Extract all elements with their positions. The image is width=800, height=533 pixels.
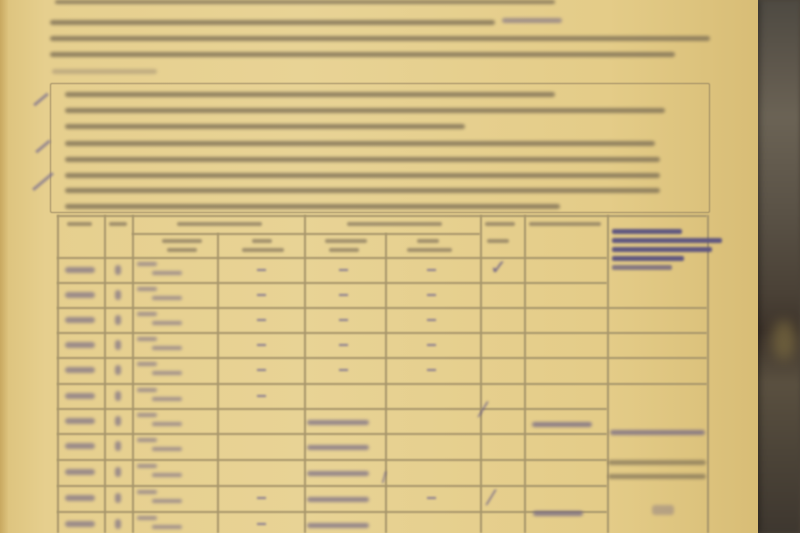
checkmark-icon — [35, 140, 51, 154]
number-cell — [115, 493, 121, 503]
subcolumn-header — [487, 239, 509, 243]
number-cell — [115, 416, 121, 426]
text-line — [50, 20, 495, 25]
subcolumn-header — [329, 248, 359, 252]
number-cell — [115, 441, 121, 451]
handwritten-note — [610, 430, 705, 435]
column-header — [529, 222, 601, 226]
dash-mark — [339, 294, 348, 296]
entry-cell — [137, 490, 157, 494]
stamp-cell — [307, 523, 369, 528]
instructions-box — [50, 83, 710, 213]
number-cell — [115, 365, 121, 375]
entry-cell — [137, 388, 157, 392]
subcolumn-header — [167, 248, 197, 252]
column-header — [485, 222, 515, 226]
subcolumn-header — [242, 248, 284, 252]
entry-cell — [152, 499, 182, 503]
dash-mark — [427, 497, 436, 499]
number-cell — [115, 467, 121, 477]
date-cell — [65, 342, 95, 348]
text-line — [50, 36, 710, 41]
date-cell — [65, 469, 95, 475]
handwritten-note — [533, 511, 583, 516]
dash-mark — [427, 294, 436, 296]
text-line — [65, 124, 465, 129]
date-cell — [65, 443, 95, 449]
stamp-cell — [307, 445, 369, 450]
date-cell — [65, 393, 95, 399]
subcolumn-header — [162, 239, 202, 243]
paper-form: ✓ ⁄ ⁄ / — [0, 0, 758, 533]
entry-cell — [152, 346, 182, 350]
number-cell — [115, 290, 121, 300]
stamp-cell — [307, 471, 369, 476]
text-line — [65, 188, 660, 193]
checkmark-icon — [33, 93, 49, 107]
entry-cell — [152, 422, 182, 426]
subcolumn-header — [252, 239, 272, 243]
handwritten-note — [532, 422, 592, 427]
number-cell — [115, 340, 121, 350]
date-cell — [65, 495, 95, 501]
checkmark-icon: ✓ — [490, 255, 507, 280]
dash-mark — [257, 523, 266, 525]
entry-cell — [137, 312, 157, 316]
entry-cell — [137, 362, 157, 366]
date-cell — [65, 418, 95, 424]
subcolumn-header — [325, 239, 367, 243]
entry-cell — [152, 525, 182, 529]
dash-mark — [257, 319, 266, 321]
dash-mark — [427, 344, 436, 346]
dash-mark — [257, 369, 266, 371]
dash-mark — [427, 269, 436, 271]
stamp-text — [608, 474, 706, 479]
dash-mark — [339, 269, 348, 271]
dash-mark — [339, 319, 348, 321]
entry-cell — [137, 413, 157, 417]
entry-cell — [137, 516, 157, 520]
date-cell — [65, 367, 95, 373]
entry-cell — [152, 473, 182, 477]
number-cell — [115, 519, 121, 529]
text-line — [65, 173, 660, 178]
stamp-cell — [307, 497, 369, 502]
text-line — [52, 69, 157, 74]
dash-mark — [257, 395, 266, 397]
dash-mark — [257, 269, 266, 271]
text-line — [65, 204, 560, 209]
subcolumn-header — [407, 248, 452, 252]
text-line — [65, 92, 555, 97]
stamp-text — [608, 460, 706, 465]
text-line — [50, 52, 675, 57]
dash-mark — [427, 369, 436, 371]
entry-cell — [137, 287, 157, 291]
entry-cell — [152, 371, 182, 375]
stamp-cell — [307, 420, 369, 425]
column-header — [67, 222, 92, 226]
text-line — [55, 0, 555, 4]
number-cell — [115, 265, 121, 275]
column-header — [109, 222, 127, 226]
side-note-block — [612, 226, 722, 274]
checkmark-icon: / — [382, 470, 386, 488]
dash-mark — [339, 344, 348, 346]
record-table: ✓ ⁄ ⁄ / — [57, 215, 707, 533]
background-surface — [752, 0, 800, 533]
text-line — [65, 157, 660, 162]
background-object — [772, 320, 796, 360]
date-cell — [65, 292, 95, 298]
dash-mark — [339, 369, 348, 371]
date-cell — [65, 317, 95, 323]
entry-cell — [137, 337, 157, 341]
date-cell — [65, 521, 95, 527]
number-cell — [115, 391, 121, 401]
column-group-header — [177, 222, 262, 226]
handwritten-note — [652, 505, 674, 515]
entry-cell — [152, 397, 182, 401]
handwritten-note — [502, 18, 562, 23]
number-cell — [115, 315, 121, 325]
entry-cell — [152, 321, 182, 325]
entry-cell — [152, 296, 182, 300]
dash-mark — [257, 294, 266, 296]
dash-mark — [257, 497, 266, 499]
dash-mark — [427, 319, 436, 321]
subcolumn-header — [417, 239, 439, 243]
initials-mark: ⁄ — [490, 485, 494, 511]
dash-mark — [257, 344, 266, 346]
initials-mark: ⁄ — [482, 397, 486, 423]
entry-cell — [152, 271, 182, 275]
entry-cell — [152, 447, 182, 451]
paper-edge — [0, 0, 8, 533]
entry-cell — [137, 464, 157, 468]
date-cell — [65, 267, 95, 273]
text-line — [65, 108, 665, 113]
text-line — [65, 141, 655, 146]
entry-cell — [137, 438, 157, 442]
entry-cell — [137, 262, 157, 266]
column-group-header — [347, 222, 442, 226]
